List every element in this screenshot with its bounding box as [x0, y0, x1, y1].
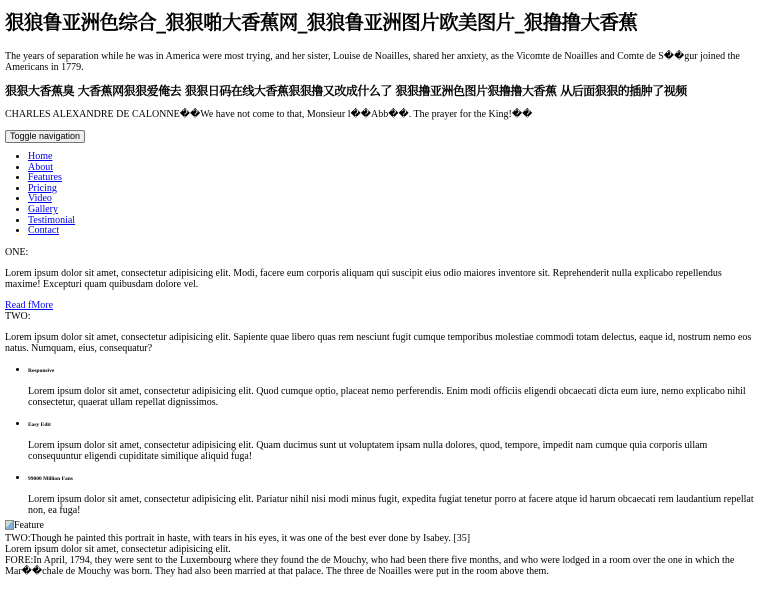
feature-title: Easy Edit: [28, 420, 755, 430]
main-nav: Home About Features Pricing Video Galler…: [5, 152, 755, 237]
bottom-fore-text: FORE:In April, 1794, they were sent to t…: [5, 555, 755, 577]
feature-text: Lorem ipsum dolor sit amet, consectetur …: [28, 494, 755, 516]
feature-title: 99000 Million Fans: [28, 474, 755, 484]
section-one-label: ONE:: [5, 247, 755, 258]
nav-link-features[interactable]: Features: [28, 172, 62, 183]
nav-link-home[interactable]: Home: [28, 151, 52, 162]
feature-image: Feature: [5, 520, 44, 531]
feature-text: Lorem ipsum dolor sit amet, consectetur …: [28, 440, 755, 462]
feature-list: Responsive Lorem ipsum dolor sit amet, c…: [5, 364, 755, 516]
feature-text: Lorem ipsum dolor sit amet, consectetur …: [28, 386, 755, 408]
feature-item: 99000 Million Fans Lorem ipsum dolor sit…: [28, 472, 755, 516]
page-title: 狠狼鲁亚洲色综合_狠狠啪大香蕉网_狠狼鲁亚洲图片欧美图片_狠撸撸大香蕉: [5, 9, 755, 37]
nav-link-video[interactable]: Video: [28, 193, 52, 204]
feature-image-alt: Feature: [14, 520, 44, 531]
subtitle: 狠狠大香蕉臭 大香蕉网狠狠爱俺去 狠狠日码在线大香蕉狠狠撸又改成什么了 狠狠撸亚…: [5, 83, 755, 99]
nav-item-testimonial: Testimonial: [28, 216, 755, 227]
feature-item: Responsive Lorem ipsum dolor sit amet, c…: [28, 364, 755, 408]
nav-item-video: Video: [28, 194, 755, 205]
bottom-two-text: TWO:Though he painted this portrait in h…: [5, 533, 755, 544]
broken-image-icon: [5, 520, 14, 530]
nav-item-gallery: Gallery: [28, 205, 755, 216]
nav-item-pricing: Pricing: [28, 184, 755, 195]
nav-link-about[interactable]: About: [28, 162, 53, 173]
nav-item-about: About: [28, 163, 755, 174]
feature-item: Easy Edit Lorem ipsum dolor sit amet, co…: [28, 418, 755, 462]
bottom-lorem-text: Lorem ipsum dolor sit amet, consectetur …: [5, 544, 755, 555]
section-two-label: TWO:: [5, 311, 755, 322]
feature-title: Responsive: [28, 366, 755, 376]
section-one-text: Lorem ipsum dolor sit amet, consectetur …: [5, 268, 755, 290]
read-more-link[interactable]: Read fMore: [5, 300, 53, 311]
nav-item-contact: Contact: [28, 226, 755, 237]
nav-link-testimonial[interactable]: Testimonial: [28, 215, 75, 226]
nav-link-contact[interactable]: Contact: [28, 225, 59, 236]
nav-link-gallery[interactable]: Gallery: [28, 204, 58, 215]
intro-text: The years of separation while he was in …: [5, 51, 755, 73]
toggle-navigation-button[interactable]: Toggle navigation: [5, 130, 85, 143]
section-two-text: Lorem ipsum dolor sit amet, consectetur …: [5, 332, 755, 354]
nav-item-home: Home: [28, 152, 755, 163]
nav-item-features: Features: [28, 173, 755, 184]
nav-link-pricing[interactable]: Pricing: [28, 183, 57, 194]
calonne-quote: CHARLES ALEXANDRE DE CALONNE��We have no…: [5, 109, 755, 120]
